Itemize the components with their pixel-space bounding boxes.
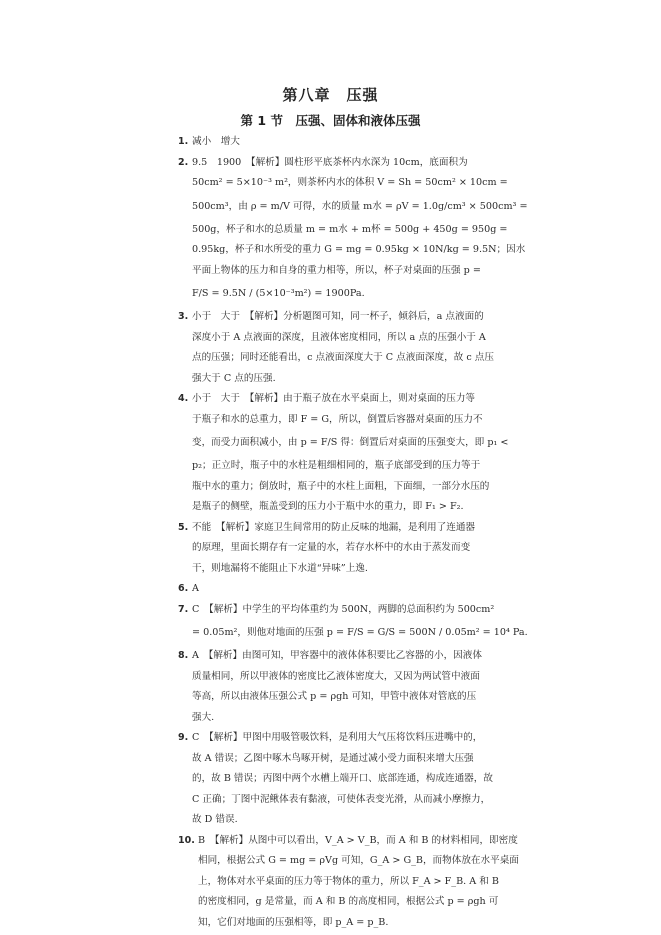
- answer-line: 是瓶子的侧壁，瓶盖受到的压力小于瓶中水的重力，即 F₁ > F₂.: [192, 497, 498, 518]
- answer-line: 减小 增大: [192, 132, 498, 153]
- answer-line: A 【解析】由图可知，甲容器中的液体体积要比乙容器的小，因液体: [192, 646, 498, 667]
- answer-line: 相同，根据公式 G = mg = ρVg 可知，G_A > G_B，而物体放在水…: [198, 851, 498, 872]
- answer-number: 6.: [178, 579, 188, 600]
- answer-number: 3.: [178, 307, 188, 328]
- answer-line: 小于 大于 【解析】由于瓶子放在水平桌面上，则对桌面的压力等: [192, 389, 498, 410]
- answer-line: 500g，杯子和水的总质量 m = m水 + m杯 = 500g + 450g …: [192, 220, 498, 241]
- answer-2: 2. 9.5 1900 【解析】圆柱形平底茶杯内水深为 10cm，底面积为 50…: [178, 153, 498, 308]
- answer-line: 干，则地漏将不能阻止下水道“异味”上逸.: [192, 559, 498, 580]
- answer-number: 1.: [178, 132, 188, 153]
- answer-line: 点的压强；同时还能看出，c 点液面深度大于 C 点液面深度，故 c 点压: [192, 348, 498, 369]
- answer-3: 3. 小于 大于 【解析】分析题图可知，同一杯子，倾斜后，a 点液面的 深度小于…: [178, 307, 498, 389]
- chapter-title: 第八章 压强: [0, 84, 661, 105]
- answer-line: B 【解析】从图中可以看出，V_A > V_B，而 A 和 B 的材料相同，即密…: [198, 831, 498, 852]
- answer-line: 知，它们对地面的压强相等，即 p_A = p_B.: [198, 913, 498, 934]
- answer-1: 1. 减小 增大: [178, 132, 498, 153]
- answer-line: 的，故 B 错误；丙图中两个水槽上端开口、底部连通，构成连通器，故: [192, 769, 498, 790]
- answer-9: 9. C 【解析】甲图中用吸管吸饮料，是利用大气压将饮料压进嘴中的， 故 A 错…: [178, 728, 498, 831]
- answer-4: 4. 小于 大于 【解析】由于瓶子放在水平桌面上，则对桌面的压力等 于瓶子和水的…: [178, 389, 498, 518]
- answer-line: C 【解析】甲图中用吸管吸饮料，是利用大气压将饮料压进嘴中的，: [192, 728, 498, 749]
- answer-line: C 【解析】中学生的平均体重约为 500N，两脚的总面积约为 500cm²: [192, 600, 498, 621]
- answer-number: 9.: [178, 728, 188, 749]
- answer-line: 瓶中水的重力；倒放时，瓶子中的水柱上面粗，下面细，一部分水压的: [192, 477, 498, 498]
- answer-line: 故 D 错误.: [192, 810, 498, 831]
- answer-line: 等高，所以由液体压强公式 p = ρgh 可知，甲管中液体对管底的压: [192, 687, 498, 708]
- answer-10: 10. B 【解析】从图中可以看出，V_A > V_B，而 A 和 B 的材料相…: [178, 831, 498, 934]
- answer-line: 上，物体对水平桌面的压力等于物体的重力，所以 F_A > F_B. A 和 B: [198, 872, 498, 893]
- answer-8: 8. A 【解析】由图可知，甲容器中的液体体积要比乙容器的小，因液体 质量相同，…: [178, 646, 498, 728]
- answer-line: 于瓶子和水的总重力，即 F = G，所以，倒置后容器对桌面的压力不: [192, 410, 498, 431]
- answer-line: p₂；正立时，瓶子中的水柱是粗细相同的，瓶子底部受到的压力等于: [192, 456, 498, 477]
- answer-line: C 正确；丁图中泥鳅体表有黏液，可使体表变光滑，从而减小摩擦力，: [192, 790, 498, 811]
- answer-line: 强大.: [192, 708, 498, 729]
- answer-line: F/S = 9.5N / (5×10⁻³m²) = 1900Pa.: [192, 281, 498, 307]
- answer-5: 5. 不能 【解析】家庭卫生间常用的防止反味的地漏，是利用了连通器 的原理，里面…: [178, 518, 498, 580]
- answer-line: 平面上物体的压力和自身的重力相等，所以，杯子对桌面的压强 p =: [192, 261, 498, 282]
- answer-7: 7. C 【解析】中学生的平均体重约为 500N，两脚的总面积约为 500cm²…: [178, 600, 498, 647]
- answer-number: 7.: [178, 600, 188, 621]
- answer-number: 2.: [178, 153, 188, 174]
- answer-line: 的密度相同，g 是常量，而 A 和 B 的高度相同，根据公式 p = ρgh 可: [198, 892, 498, 913]
- answer-list: 1. 减小 增大 2. 9.5 1900 【解析】圆柱形平底茶杯内水深为 10c…: [178, 132, 498, 933]
- answer-line: 的原理，里面长期存有一定量的水，若存水杯中的水由于蒸发而变: [192, 538, 498, 559]
- answer-line: 故 A 错误；乙图中啄木鸟啄开树，是通过减小受力面积来增大压强: [192, 749, 498, 770]
- answer-line: 0.95kg，杯子和水所受的重力 G = mg = 0.95kg × 10N/k…: [192, 240, 498, 261]
- answer-line: 500cm³，由 ρ = m/V 可得，水的质量 m水 = ρV = 1.0g/…: [192, 194, 498, 220]
- answer-line: A: [192, 579, 498, 600]
- answer-line: 9.5 1900 【解析】圆柱形平底茶杯内水深为 10cm，底面积为: [192, 153, 498, 174]
- answer-line: 50cm² = 5×10⁻³ m²，则茶杯内水的体积 V = Sh = 50cm…: [192, 173, 498, 194]
- answer-number: 10.: [178, 831, 195, 852]
- answer-line: 小于 大于 【解析】分析题图可知，同一杯子，倾斜后，a 点液面的: [192, 307, 498, 328]
- answer-line: 强大于 C 点的压强.: [192, 369, 498, 390]
- answer-line: 变，而受力面积减小，由 p = F/S 得：倒置后对桌面的压强变大，即 p₁ <: [192, 430, 498, 456]
- answer-page: 第八章 压强 第 1 节 压强、固体和液体压强 1. 减小 增大 2. 9.5 …: [0, 0, 661, 935]
- answer-line: = 0.05m²，则他对地面的压强 p = F/S = G/S = 500N /…: [192, 620, 498, 646]
- answer-line: 质量相同，所以甲液体的密度比乙液体密度大，又因为两试管中液面: [192, 667, 498, 688]
- answer-number: 8.: [178, 646, 188, 667]
- answer-line: 深度小于 A 点液面的深度，且液体密度相同，所以 a 点的压强小于 A: [192, 328, 498, 349]
- answer-6: 6. A: [178, 579, 498, 600]
- answer-line: 不能 【解析】家庭卫生间常用的防止反味的地漏，是利用了连通器: [192, 518, 498, 539]
- answer-number: 4.: [178, 389, 188, 410]
- section-title: 第 1 节 压强、固体和液体压强: [0, 111, 661, 129]
- answer-number: 5.: [178, 518, 188, 539]
